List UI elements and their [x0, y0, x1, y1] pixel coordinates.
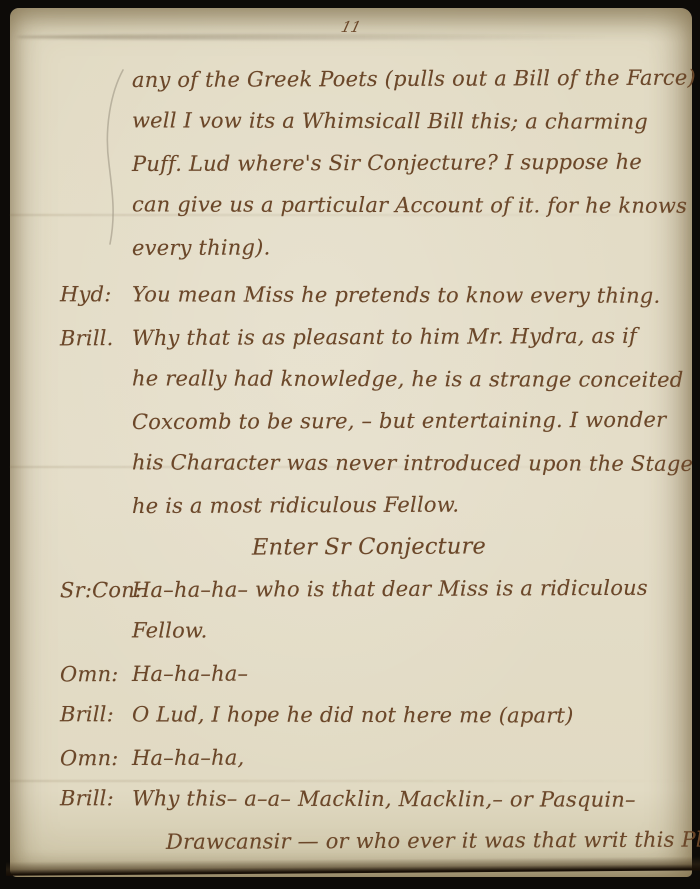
- manuscript-line: any of the Greek Poets (pulls out a Bill…: [60, 57, 678, 102]
- manuscript-line: every thing).: [60, 225, 678, 270]
- manuscript-line: Brill:O Lud, I hope he did not here me (…: [60, 693, 678, 737]
- manuscript-line: he really had knowledge, he is a strange…: [60, 357, 678, 401]
- line-text: Why that is as pleasant to him Mr. Hydra…: [132, 324, 637, 350]
- line-text: can give us a particular Account of it. …: [132, 192, 687, 217]
- manuscript-line: Omn:Ha–ha–ha,: [60, 735, 678, 780]
- manuscript-page: 11 any of the Greek Poets (pulls out a B…: [10, 8, 692, 877]
- manuscript-line: Sr:Con:Ha–ha–ha– who is that dear Miss i…: [60, 567, 678, 612]
- manuscript-line: can give us a particular Account of it. …: [60, 183, 678, 227]
- manuscript-line: Puff. Lud where's Sir Conjecture? I supp…: [60, 141, 678, 186]
- manuscript-line: Coxcomb to be sure, – but entertaining. …: [60, 399, 678, 444]
- line-text: he is a most ridiculous Fellow.: [132, 493, 459, 518]
- manuscript-line: he is a most ridiculous Fellow.: [60, 483, 678, 528]
- manuscript-line: Omn:Ha–ha–ha–: [60, 651, 678, 696]
- speaker-label: Brill:: [60, 777, 132, 819]
- line-text: Drawcansir — or who ever it was that wri…: [166, 827, 700, 854]
- manuscript-line: his Character was never introduced upon …: [60, 441, 678, 485]
- manuscript-line: Fellow.: [60, 609, 678, 653]
- line-text: he really had knowledge, he is a strange…: [132, 366, 683, 391]
- line-text: Coxcomb to be sure, – but entertaining. …: [132, 408, 666, 434]
- line-text: Ha–ha–ha–: [132, 662, 248, 687]
- stage-direction: Enter Sr Conjecture: [60, 524, 678, 569]
- speaker-label: Brill:: [60, 693, 132, 735]
- line-text: every thing).: [132, 235, 271, 260]
- manuscript-line: Brill:Why this– a–a– Macklin, Macklin,– …: [60, 777, 678, 821]
- line-text: well I vow its a Whimsicall Bill this; a…: [132, 108, 648, 133]
- line-text: Ha–ha–ha,: [132, 746, 245, 770]
- line-text: Ha–ha–ha– who is that dear Miss is a rid…: [132, 576, 648, 602]
- speaker-label: Hyd:: [60, 273, 132, 315]
- speaker-label: Brill.: [60, 317, 132, 359]
- line-text: Why this– a–a– Macklin, Macklin,– or Pas…: [132, 786, 636, 811]
- speaker-label: Omn:: [60, 653, 132, 695]
- page-top-crease: [16, 34, 616, 40]
- line-text: any of the Greek Poets (pulls out a Bill…: [132, 65, 700, 92]
- manuscript-line: Brill.Why that is as pleasant to him Mr.…: [60, 315, 678, 360]
- photo-frame: 11 any of the Greek Poets (pulls out a B…: [0, 0, 700, 889]
- line-text: his Character was never introduced upon …: [132, 450, 693, 475]
- speaker-label: Sr:Con:: [60, 569, 132, 611]
- line-text: You mean Miss he pretends to know every …: [132, 282, 660, 307]
- line-text: Fellow.: [132, 618, 208, 642]
- manuscript-line: well I vow its a Whimsicall Bill this; a…: [60, 99, 678, 143]
- line-text: Puff. Lud where's Sir Conjecture? I supp…: [132, 150, 642, 176]
- speaker-label: Omn:: [60, 737, 132, 779]
- line-text: O Lud, I hope he did not here me (apart): [132, 702, 574, 727]
- manuscript-line: Hyd:You mean Miss he pretends to know ev…: [60, 273, 678, 317]
- manuscript-text: any of the Greek Poets (pulls out a Bill…: [60, 58, 678, 862]
